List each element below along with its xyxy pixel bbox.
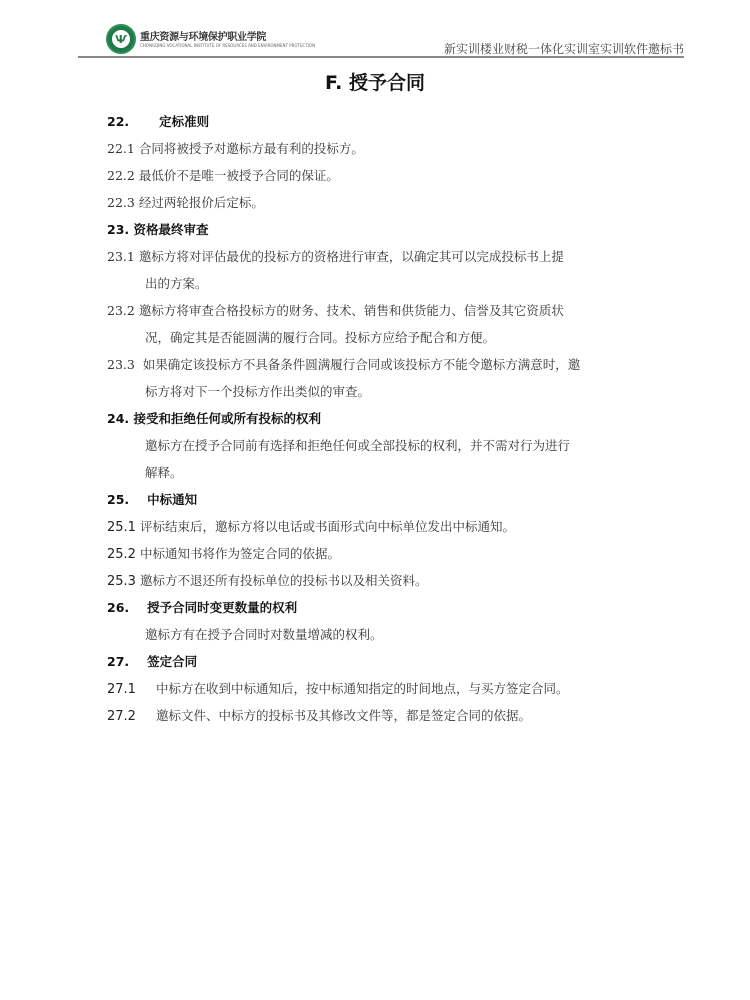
school-name-en: CHONGQING VOCATIONAL INSTITUTE OF RESOUR… bbox=[140, 43, 315, 48]
school-emblem-icon: Ѱ bbox=[106, 24, 136, 54]
document-body: 22.定标准则 22.1 合同将被授予对邀标方最有利的投标方。 22.2 最低价… bbox=[107, 111, 667, 732]
clause-22-2: 22.2 最低价不是唯一被授予合同的保证。 bbox=[107, 165, 667, 192]
section-number: 27. bbox=[107, 654, 129, 669]
clause-number: 22.2 bbox=[107, 168, 135, 183]
section-number: 23. bbox=[107, 222, 129, 237]
clause-23-1-cont: 出的方案。 bbox=[107, 273, 667, 300]
section-heading-26: 26.授予合同时变更数量的权利 bbox=[107, 597, 667, 624]
clause-number: 23.3 bbox=[107, 357, 135, 372]
page-header: Ѱ 重庆资源与环境保护职业学院 CHONGQING VOCATIONAL INS… bbox=[78, 22, 684, 58]
clause-23-1: 23.1 邀标方将对评估最优的投标方的资格进行审查，以确定其可以完成投标书上提 bbox=[107, 246, 667, 273]
section-title: 资格最终审查 bbox=[134, 222, 209, 237]
clause-number: 27.1 bbox=[107, 682, 136, 697]
clause-text: 合同将被授予对邀标方最有利的投标方。 bbox=[139, 141, 364, 156]
clause-text: 邀标文件、中标方的投标书及其修改文件等，都是签定合同的依据。 bbox=[156, 708, 531, 723]
clause-text: 最低价不是唯一被授予合同的保证。 bbox=[139, 168, 339, 183]
clause-number: 25.3 bbox=[107, 574, 136, 589]
section-heading-22: 22.定标准则 bbox=[107, 111, 667, 138]
clause-number: 27.2 bbox=[107, 709, 136, 724]
clause-text: 邀标方不退还所有投标单位的投标书以及相关资料。 bbox=[140, 573, 428, 588]
clause-23-2-cont: 况，确定其是否能圆满的履行合同。投标方应给予配合和方便。 bbox=[107, 327, 667, 354]
page-title: F. 授予合同 bbox=[0, 68, 750, 95]
section-heading-25: 25.中标通知 bbox=[107, 489, 667, 516]
clause-23-3-cont: 标方将对下一个投标方作出类似的审查。 bbox=[107, 381, 667, 408]
paragraph-24-line-1: 邀标方在授予合同前有选择和拒绝任何或全部投标的权利，并不需对行为进行 bbox=[107, 435, 667, 462]
clause-25-1: 25.1 评标结束后，邀标方将以电话或书面形式向中标单位发出中标通知。 bbox=[107, 516, 667, 543]
clause-text: 邀标方将对评估最优的投标方的资格进行审查，以确定其可以完成投标书上提 bbox=[139, 249, 564, 264]
section-number: 25. bbox=[107, 492, 129, 507]
clause-text: 经过两轮报价后定标。 bbox=[139, 195, 264, 210]
section-number: 24. bbox=[107, 411, 129, 426]
clause-number: 25.2 bbox=[107, 547, 136, 562]
paragraph-26: 邀标方有在授予合同时对数量增减的权利。 bbox=[107, 624, 667, 651]
document-title: 新实训楼业财税一体化实训室实训软件邀标书 bbox=[444, 40, 684, 57]
clause-text: 如果确定该投标方不具备条件圆满履行合同或该投标方不能令邀标方满意时，邀 bbox=[143, 357, 581, 372]
section-title: 中标通知 bbox=[147, 492, 197, 507]
section-title: 接受和拒绝任何或所有投标的权利 bbox=[134, 411, 322, 426]
section-title: 授予合同时变更数量的权利 bbox=[147, 600, 297, 615]
section-number: 22. bbox=[107, 114, 129, 129]
section-title: 定标准则 bbox=[159, 114, 209, 129]
clause-text: 中标通知书将作为签定合同的依据。 bbox=[140, 546, 340, 561]
clause-number: 22.3 bbox=[107, 195, 135, 210]
clause-number: 22.1 bbox=[107, 141, 135, 156]
clause-text: 邀标方将审查合格投标方的财务、技术、销售和供货能力、信誉及其它资质状 bbox=[139, 303, 564, 318]
clause-text: 中标方在收到中标通知后，按中标通知指定的时间地点，与买方签定合同。 bbox=[156, 681, 569, 696]
clause-number: 23.2 bbox=[107, 303, 135, 318]
clause-25-2: 25.2 中标通知书将作为签定合同的依据。 bbox=[107, 543, 667, 570]
paragraph-24-line-2: 解释。 bbox=[107, 462, 667, 489]
clause-23-3: 23.3 如果确定该投标方不具备条件圆满履行合同或该投标方不能令邀标方满意时，邀 bbox=[107, 354, 667, 381]
clause-27-1: 27.1中标方在收到中标通知后，按中标通知指定的时间地点，与买方签定合同。 bbox=[107, 678, 667, 705]
section-title: 签定合同 bbox=[147, 654, 197, 669]
header-divider bbox=[78, 56, 684, 58]
section-number: 26. bbox=[107, 600, 129, 615]
clause-27-2: 27.2邀标文件、中标方的投标书及其修改文件等，都是签定合同的依据。 bbox=[107, 705, 667, 732]
section-heading-27: 27.签定合同 bbox=[107, 651, 667, 678]
school-name: 重庆资源与环境保护职业学院 bbox=[140, 28, 266, 43]
section-heading-24: 24. 接受和拒绝任何或所有投标的权利 bbox=[107, 408, 667, 435]
clause-number: 25.1 bbox=[107, 520, 136, 535]
clause-22-1: 22.1 合同将被授予对邀标方最有利的投标方。 bbox=[107, 138, 667, 165]
section-heading-23: 23. 资格最终审查 bbox=[107, 219, 667, 246]
clause-number: 23.1 bbox=[107, 249, 135, 264]
clause-22-3: 22.3 经过两轮报价后定标。 bbox=[107, 192, 667, 219]
clause-23-2: 23.2 邀标方将审查合格投标方的财务、技术、销售和供货能力、信誉及其它资质状 bbox=[107, 300, 667, 327]
clause-25-3: 25.3 邀标方不退还所有投标单位的投标书以及相关资料。 bbox=[107, 570, 667, 597]
clause-text: 评标结束后，邀标方将以电话或书面形式向中标单位发出中标通知。 bbox=[140, 519, 515, 534]
